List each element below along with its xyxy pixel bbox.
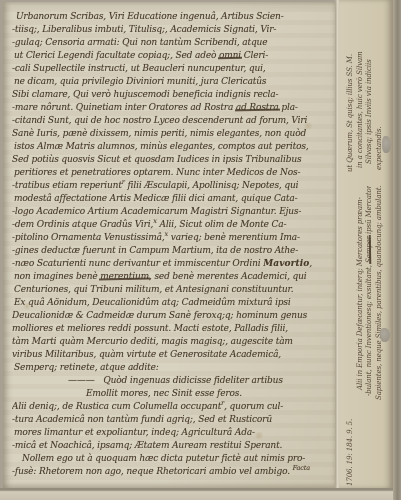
manuscript-line: Sibi clamare, Qui verò hujuscemodi benef… <box>12 89 333 102</box>
manuscript-line: ne dicam, quia privilegio Diviniori muni… <box>12 76 333 89</box>
margin-strip: ut Quærum, St quisq; illius SS. M.in a c… <box>339 0 393 488</box>
superscript-mark: x <box>153 217 157 225</box>
struck-through-word: merentium <box>100 272 149 282</box>
manuscript-line: istos Almæ Matris alumnos, minùs elegant… <box>12 141 333 154</box>
manuscript-page: Urbanorum Scribas, Viri Educatione ingen… <box>3 2 335 488</box>
margin-line: -bulant, nunc Inventionesq; exsultant, S… <box>365 186 375 486</box>
struck-through-word: Semper <box>365 236 373 263</box>
manuscript-line: -cali Supellectile instructi, ut Beaucle… <box>12 63 333 76</box>
superscript-mark: r <box>221 399 224 407</box>
margin-line: Silvasq; ipsis Inviis via indiciis <box>365 6 375 172</box>
manuscript-scan: Urbanorum Scribas, Viri Educatione ingen… <box>0 0 401 500</box>
margin-line: in a concitantes, huic verò Silvam <box>356 6 366 172</box>
manuscript-line: Emollit mores, nec Sinit esse feros. <box>12 388 333 401</box>
manuscript-line: -pitolino Ornamenta Venustissimâ,x varie… <box>12 232 333 245</box>
manuscript-line: -mare nôrunt. Quinetiam inter Oratores a… <box>12 102 333 115</box>
foxing-spot <box>23 302 31 310</box>
margin-line: 1706. 19: 184. 9. 5. <box>346 186 356 486</box>
manuscript-line: -citandi Sunt, qui de hoc nostro Lyceo d… <box>12 115 333 128</box>
manuscript-line: -dem Ordinis atque Gradûs Viri,x Alii, S… <box>12 219 333 232</box>
manuscript-line: -tiisq;, Liberalibus imbuti, Titulisq;, … <box>12 24 333 37</box>
struck-through-word: omni <box>219 51 241 61</box>
foxing-spot <box>253 432 265 439</box>
main-text-block: Urbanorum Scribas, Viri Educatione ingen… <box>12 11 333 483</box>
manuscript-line: ——— Quòd ingenuas didicisse fideliter ar… <box>12 375 333 388</box>
manuscript-line: tàm Marti quàm Mercurio dediti, magis ma… <box>12 336 333 349</box>
margin-line: ut Quærum, St quisq; illius SS. M. <box>346 6 356 172</box>
manuscript-line: -næo Scaturienti nunc derivantur et immi… <box>12 258 333 271</box>
superscript-mark: x <box>165 230 169 238</box>
manuscript-line: Sanè Iuris, pænè dixissem, nimis periti,… <box>12 128 333 141</box>
manuscript-line: -gulaq; Censoria armati: Qui non tantùm … <box>12 37 333 50</box>
manuscript-line: -gines deductæ fuerunt in Campum Martium… <box>12 245 333 258</box>
manuscript-line: -tratibus etiam reperiuntr filii Æsculap… <box>12 180 333 193</box>
manuscript-line: viribus Militaribus, quàm virtute et Gen… <box>12 349 333 362</box>
manuscript-line: Nollem ego ut à quoquam hæc dicta putetu… <box>12 453 333 466</box>
underlying-page-edge <box>0 488 393 500</box>
manuscript-line: Deucalionidæ & Cadmeidæ durum Sanè ferox… <box>12 310 333 323</box>
manuscript-line: Centuriones, qui Tribuni militum, et Ant… <box>12 284 333 297</box>
manuscript-line: -micâ et Noachicâ, ipsamq; Ætatem Auream… <box>12 440 333 453</box>
overwritten-word: Mavortio <box>263 259 309 269</box>
manuscript-line: ut Clerici Legendi facultate copiaq;, Se… <box>12 50 333 63</box>
manuscript-line: Semperq; retinete, atque addite: <box>12 362 333 375</box>
superscript-mark: r <box>122 178 125 186</box>
paper-flaw <box>382 136 391 153</box>
foxing-spot <box>303 122 313 130</box>
struck-through-word: ad Rostra <box>236 103 279 113</box>
manuscript-line: -fusè: Rhetorem non ago, neque Rhetorica… <box>12 466 333 479</box>
superscript-mark: Facta <box>293 464 310 472</box>
manuscript-line: peritiores et penetratiores optarem. Nun… <box>12 167 333 180</box>
paper-flaw <box>380 328 390 342</box>
manuscript-line: Sed potiùs quosvis Sicut et quosdam Iudi… <box>12 154 333 167</box>
manuscript-line: Alii deniq;, de Rustica cum Columella oc… <box>12 401 333 414</box>
manuscript-line: Urbanorum Scribas, Viri Educatione ingen… <box>12 11 333 24</box>
manuscript-line: -tura Academicâ non tantùm fundi agriq;,… <box>12 414 333 427</box>
manuscript-line: Ex quâ Aönidum, Deucalionidûm atq; Cadme… <box>12 297 333 310</box>
margin-line: Alii in Emporia Defæcantur, interq; Merc… <box>356 186 366 486</box>
manuscript-line: -logo Academico Artium Academicarum Magi… <box>12 206 333 219</box>
manuscript-line: modestâ affectatione Artis Medicæ filii … <box>12 193 333 206</box>
manuscript-line: molliores et meliores reddi possunt. Mac… <box>12 323 333 336</box>
binding-edge <box>393 0 401 500</box>
manuscript-line: non imagines benè merentium, sed benè me… <box>12 271 333 284</box>
manuscript-line: mores limantur et expoliantur, indeq; Ag… <box>12 427 333 440</box>
